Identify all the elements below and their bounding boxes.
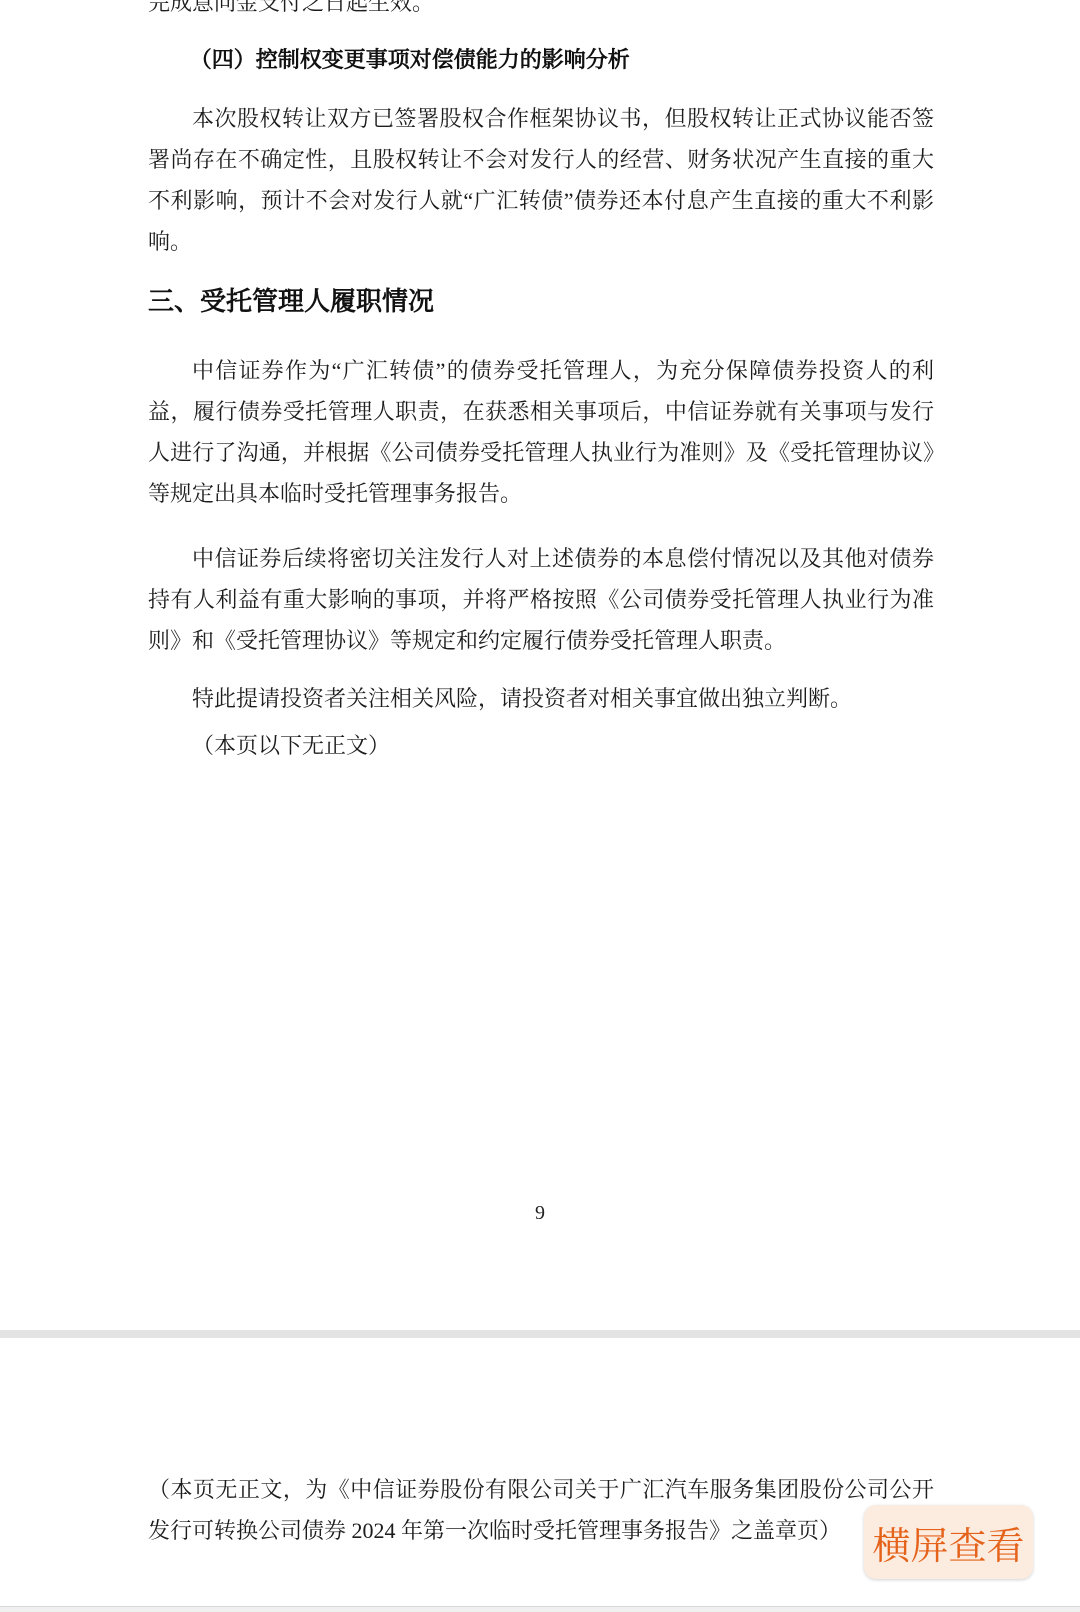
- paragraph-investor-notice: 特此提请投资者关注相关风险，请投资者对相关事宜做出独立判断。: [148, 678, 934, 719]
- stamp-page-note: （本页无正文，为《中信证券股份有限公司关于广汇汽车服务集团股份公司公开发行可转换…: [148, 1469, 934, 1551]
- viewer-bottom-bar: [0, 1606, 1080, 1612]
- section-heading-4: （四）控制权变更事项对偿债能力的影响分析: [148, 39, 934, 80]
- landscape-view-button[interactable]: 横屏查看: [864, 1505, 1033, 1579]
- paragraph-control-change-impact: 本次股权转让双方已签署股权合作框架协议书，但股权转让正式协议能否签署尚存在不确定…: [148, 98, 934, 262]
- document-viewer: 完成意向金支付之日起生效。 （四）控制权变更事项对偿债能力的影响分析 本次股权转…: [0, 0, 1080, 1612]
- clipped-top-line: 完成意向金支付之日起生效。: [148, 0, 934, 23]
- report-page-9: 完成意向金支付之日起生效。 （四）控制权变更事项对偿债能力的影响分析 本次股权转…: [148, 0, 934, 766]
- page-separator: [0, 1330, 1080, 1338]
- paragraph-trustee-duty-2: 中信证券后续将密切关注发行人对上述债券的本息偿付情况以及其他对债券持有人利益有重…: [148, 538, 934, 661]
- section-heading-3: 三、受托管理人履职情况: [148, 279, 934, 323]
- no-more-text-note: （本页以下无正文）: [148, 725, 934, 766]
- page-number: 9: [0, 1193, 1080, 1234]
- paragraph-trustee-duty-1: 中信证券作为“广汇转债”的债券受托管理人，为充分保障债券投资人的利益，履行债券受…: [148, 350, 934, 514]
